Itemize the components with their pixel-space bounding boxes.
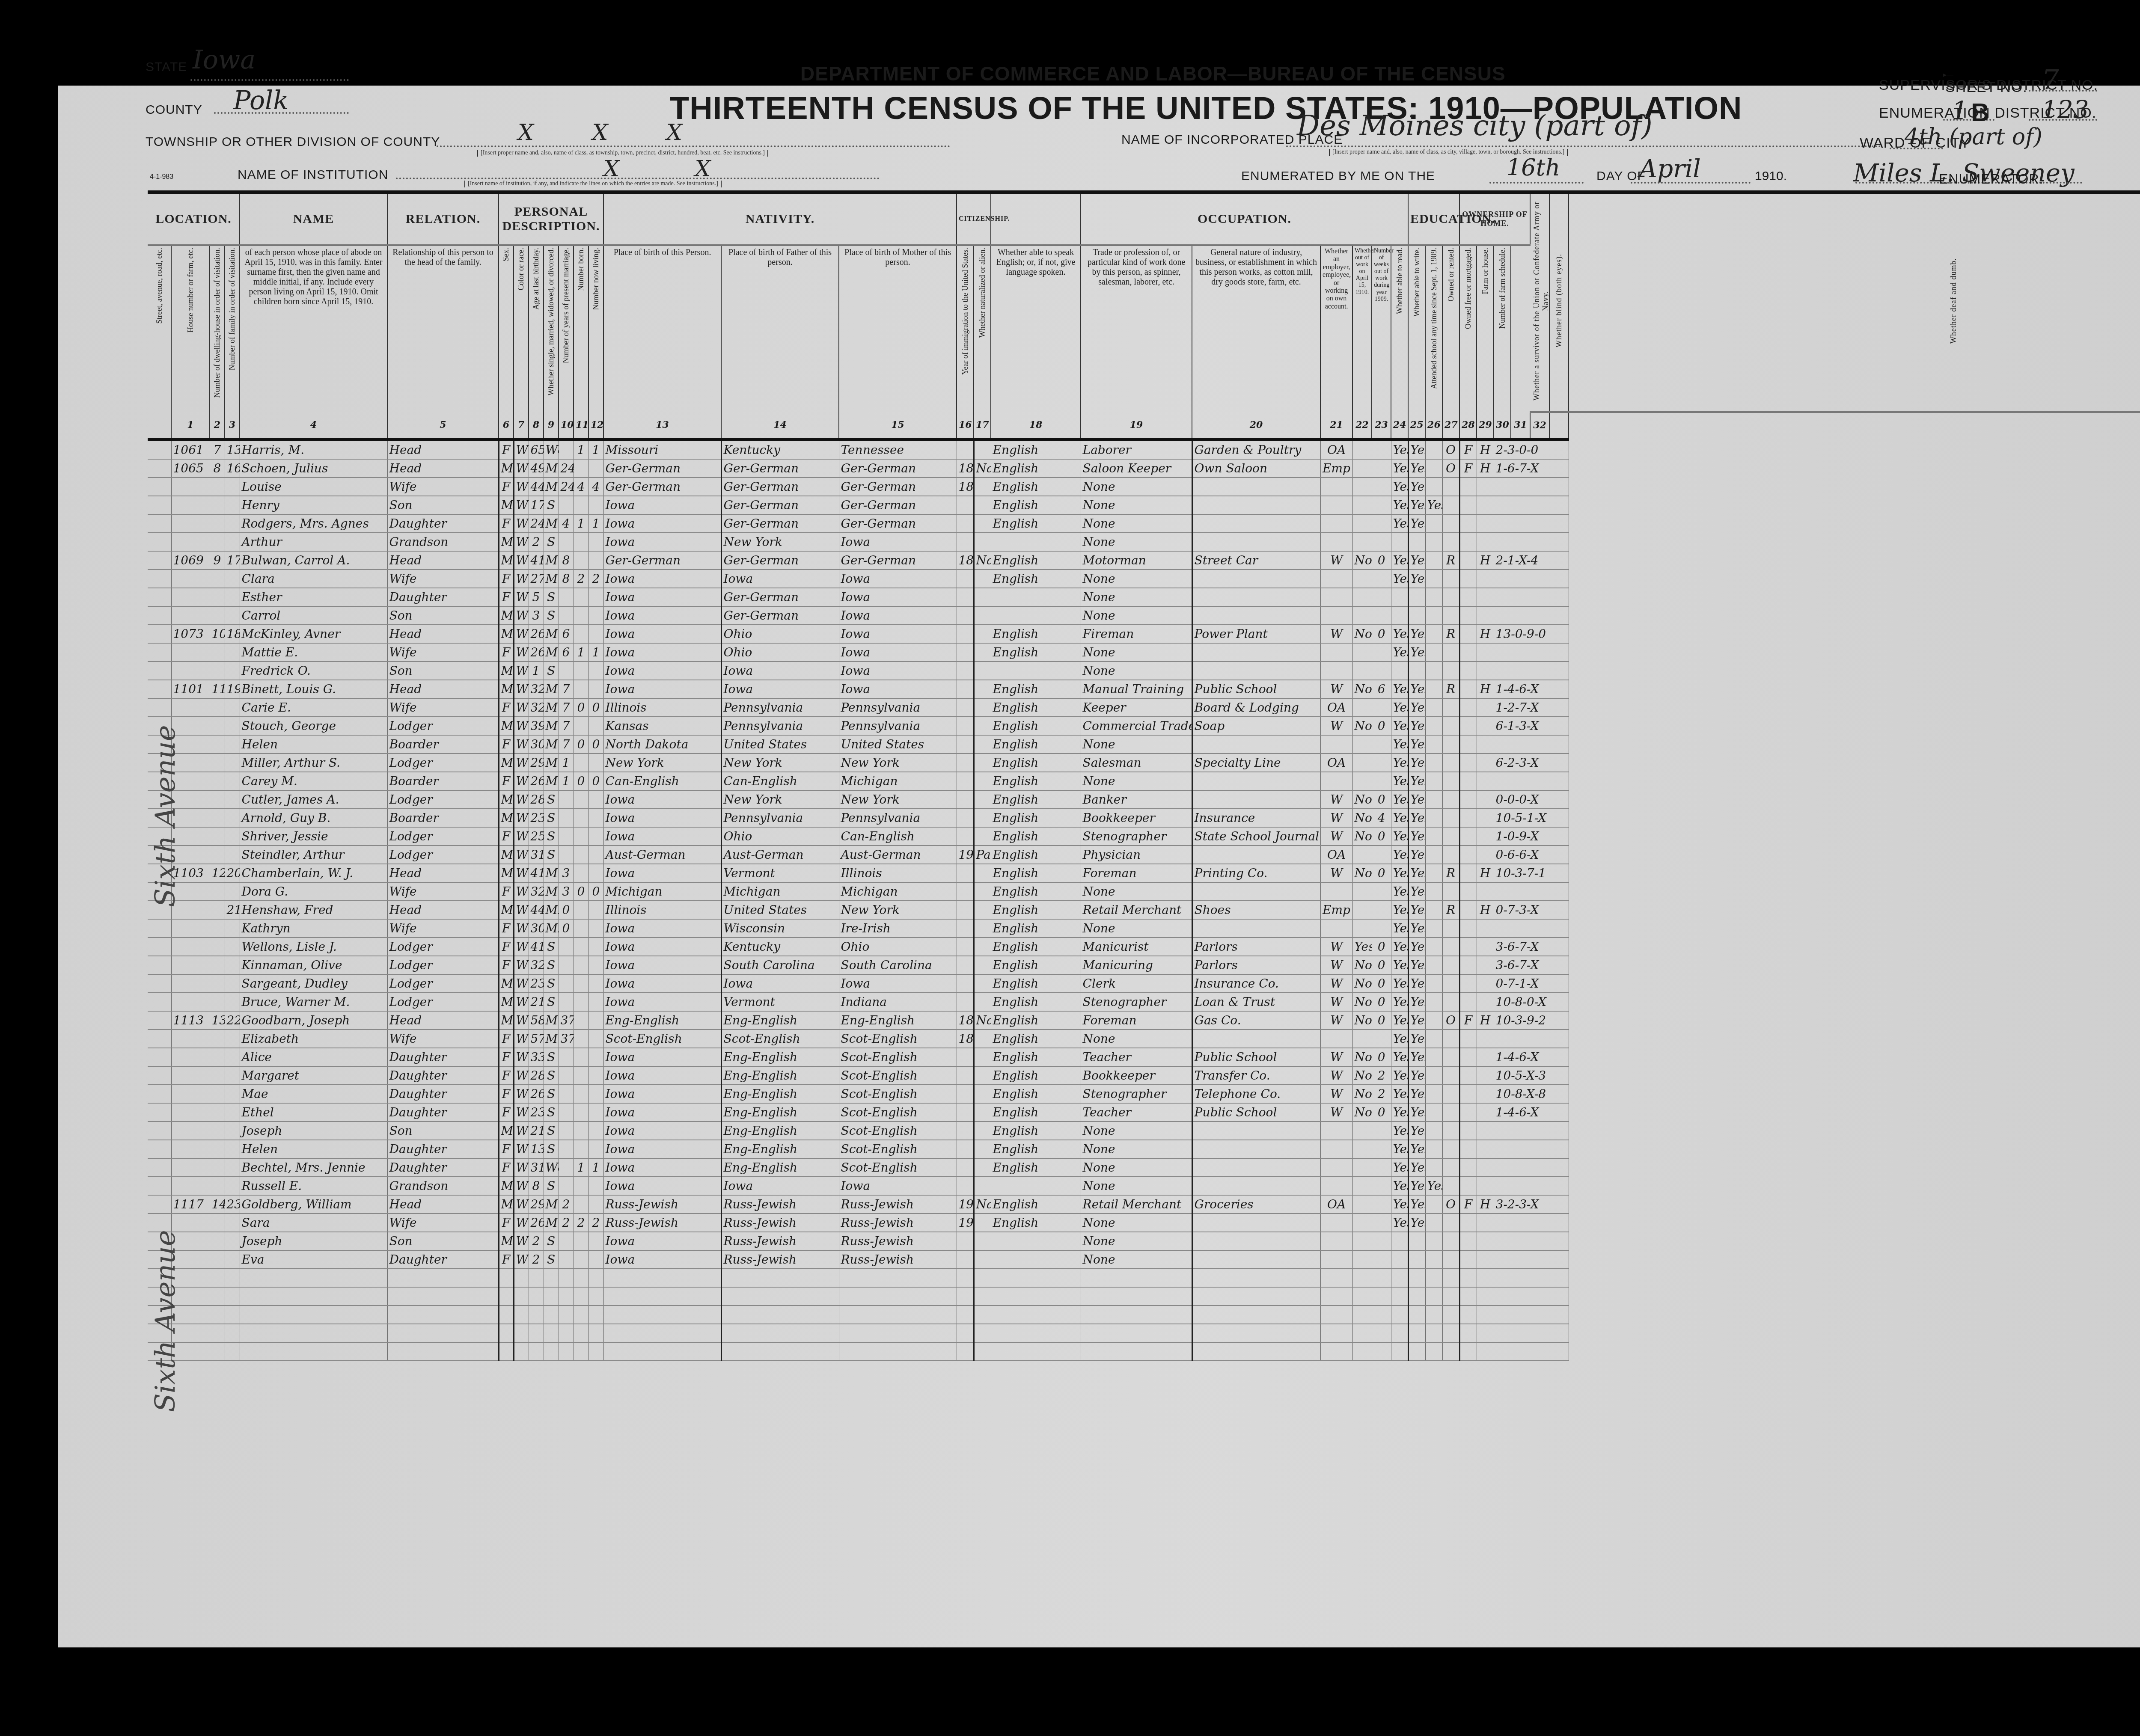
cell-farm <box>1477 754 1494 772</box>
cell-bp <box>603 1342 721 1361</box>
cell-name: Bruce, Warner M. <box>240 993 387 1011</box>
cell-living: 1 <box>588 1158 603 1177</box>
cell-bpf: Ohio <box>721 827 839 846</box>
cell-rel: Head <box>387 1011 499 1030</box>
cell-write: Yes <box>1408 1048 1425 1066</box>
cell-rel: Wife <box>387 643 499 662</box>
cell-born <box>574 956 588 974</box>
header-school: Attended school any time since Sept. 1, … <box>1430 248 1439 389</box>
cell-born <box>574 938 588 956</box>
column-number: 4 <box>240 412 387 439</box>
cell-yi: 1905 <box>957 1214 974 1232</box>
cell-read: Yes <box>1391 1177 1408 1195</box>
cell-age: 26 <box>529 625 544 643</box>
cell-sex: M <box>499 1122 514 1140</box>
cell-lang <box>991 1250 1081 1269</box>
cell-ind: Garden & Poultry <box>1192 439 1320 459</box>
cell-wks: 0 <box>1372 993 1391 1011</box>
cell-ym: 1 <box>559 754 574 772</box>
cell-sched: 10-8-X-8 <box>1494 1085 1569 1103</box>
cell-bp: Iowa <box>603 1232 721 1250</box>
cell-ind <box>1192 1177 1320 1195</box>
cell-sch <box>1425 919 1442 938</box>
cell-wks: 4 <box>1372 809 1391 827</box>
cell-bpf: Pennsylvania <box>721 717 839 735</box>
cell-bp: Iowa <box>603 809 721 827</box>
cell-lang: English <box>991 625 1081 643</box>
cell-bpm: Russ-Jewish <box>839 1250 957 1269</box>
cell-sch <box>1425 551 1442 570</box>
cell-sex: M <box>499 1011 514 1030</box>
cell-color: W <box>514 1011 529 1030</box>
cell-own <box>1442 1048 1459 1066</box>
cell-bpf: New York <box>721 790 839 809</box>
cell-house <box>171 1122 210 1140</box>
cell-living <box>588 901 603 919</box>
cell-name: Goldberg, William <box>240 1195 387 1214</box>
cell-street <box>148 478 171 496</box>
header-dwelling: Number of dwelling-house in order of vis… <box>213 248 222 398</box>
cell-name: Goodbarn, Joseph <box>240 1011 387 1030</box>
cell-read <box>1391 1250 1408 1269</box>
cell-ind <box>1192 919 1320 938</box>
cell-sex: F <box>499 514 514 533</box>
cell-age: 2 <box>529 1250 544 1269</box>
cell-bp: Iowa <box>603 1177 721 1195</box>
cell-name <box>240 1269 387 1287</box>
column-number: 17 <box>974 412 991 439</box>
cell-color <box>514 1306 529 1324</box>
cell-color: W <box>514 662 529 680</box>
cell-sch <box>1425 1269 1442 1287</box>
cell-dw <box>210 956 225 974</box>
cell-fam <box>225 1103 240 1122</box>
cell-sch <box>1425 754 1442 772</box>
cell-emp <box>1320 496 1352 514</box>
cell-oow <box>1352 1250 1372 1269</box>
cell-rel: Boarder <box>387 735 499 754</box>
cell-free <box>1459 956 1477 974</box>
cell-bpm <box>839 1269 957 1287</box>
cell-bpm: Russ-Jewish <box>839 1195 957 1214</box>
cell-living <box>588 1232 603 1250</box>
cell-house <box>171 533 210 551</box>
cell-wks: 0 <box>1372 974 1391 993</box>
cell-ind <box>1192 1269 1320 1287</box>
cell-sex: F <box>499 1048 514 1066</box>
cell-free <box>1459 1030 1477 1048</box>
cell-ind: State School Journal <box>1192 827 1320 846</box>
cell-read: Yes <box>1391 625 1408 643</box>
cell-farm <box>1477 882 1494 901</box>
cell-free <box>1459 717 1477 735</box>
cell-emp <box>1320 1177 1352 1195</box>
table-row: ArthurGrandsonMW2SIowaNew YorkIowaNone <box>148 533 2140 551</box>
cell-born <box>574 1250 588 1269</box>
cell-fam: 13 <box>225 439 240 459</box>
cell-bpf: Kentucky <box>721 439 839 459</box>
cell-born <box>574 625 588 643</box>
cell-oow: No <box>1352 717 1372 735</box>
cell-sch <box>1425 588 1442 606</box>
cell-wks: 0 <box>1372 717 1391 735</box>
cell-wks <box>1372 754 1391 772</box>
cell-farm <box>1477 938 1494 956</box>
cell-bpf: Ger-German <box>721 459 839 478</box>
cell-ind <box>1192 1324 1320 1342</box>
cell-yi <box>957 735 974 754</box>
cell-dw <box>210 1140 225 1158</box>
cell-lang: English <box>991 1011 1081 1030</box>
cell-bp: Iowa <box>603 533 721 551</box>
cell-rel: Wife <box>387 570 499 588</box>
cell-age: 21 <box>529 1122 544 1140</box>
cell-bpf: Ohio <box>721 625 839 643</box>
table-row: JosephSonMW21SIowaEng-EnglishScot-Englis… <box>148 1122 2140 1140</box>
cell-sched: 10-5-1-X <box>1494 809 1569 827</box>
cell-name: Henry <box>240 496 387 514</box>
cell-house <box>171 974 210 993</box>
cell-emp <box>1320 570 1352 588</box>
cell-rel <box>387 1342 499 1361</box>
cell-sch <box>1425 1066 1442 1085</box>
cell-age: 5 <box>529 588 544 606</box>
cell-sched <box>1494 1269 1569 1287</box>
cell-ind <box>1192 496 1320 514</box>
cell-sched: 0-6-6-X <box>1494 846 1569 864</box>
cell-bpf: South Carolina <box>721 956 839 974</box>
cell-emp: OA <box>1320 846 1352 864</box>
cell-lang <box>991 588 1081 606</box>
header-relation-desc: Relationship of this person to the head … <box>387 245 499 412</box>
cell-own <box>1442 1030 1459 1048</box>
cell-color: W <box>514 698 529 717</box>
cell-wks: 0 <box>1372 1103 1391 1122</box>
cell-bp: North Dakota <box>603 735 721 754</box>
cell-write: Yes <box>1408 496 1425 514</box>
cell-emp <box>1320 1250 1352 1269</box>
cell-ind: Loan & Trust <box>1192 993 1320 1011</box>
cell-name: Bechtel, Mrs. Jennie <box>240 1158 387 1177</box>
cell-living <box>588 1103 603 1122</box>
cell-bpm: Iowa <box>839 680 957 698</box>
cell-trade: None <box>1081 533 1192 551</box>
cell-sched <box>1494 1140 1569 1158</box>
cell-name: Dora G. <box>240 882 387 901</box>
cell-house <box>171 1177 210 1195</box>
cell-name: Bulwan, Carrol A. <box>240 551 387 570</box>
cell-read: Yes <box>1391 459 1408 478</box>
cell-oow: No <box>1352 551 1372 570</box>
cell-rel: Wife <box>387 698 499 717</box>
cell-oow <box>1352 754 1372 772</box>
cell-ind: Public School <box>1192 1048 1320 1066</box>
cell-nat <box>974 662 991 680</box>
cell-living <box>588 1306 603 1324</box>
cell-rel: Head <box>387 625 499 643</box>
cell-free <box>1459 790 1477 809</box>
cell-wks <box>1372 1030 1391 1048</box>
cell-fam <box>225 919 240 938</box>
column-number: 20 <box>1192 412 1320 439</box>
cell-dw <box>210 1122 225 1140</box>
cell-ym: 3 <box>559 864 574 882</box>
cell-rel: Daughter <box>387 1158 499 1177</box>
cell-color: W <box>514 772 529 790</box>
cell-bpm: Scot-English <box>839 1066 957 1085</box>
cell-ms <box>544 1269 559 1287</box>
cell-read <box>1391 606 1408 625</box>
cell-bpm: Iowa <box>839 974 957 993</box>
cell-free <box>1459 1250 1477 1269</box>
cell-sched: 13-0-9-0 <box>1494 625 1569 643</box>
column-number <box>1549 412 1569 439</box>
cell-sch <box>1425 1030 1442 1048</box>
cell-emp <box>1320 1122 1352 1140</box>
cell-oow: No <box>1352 1085 1372 1103</box>
cell-fam <box>225 790 240 809</box>
cell-ms: M1 <box>544 772 559 790</box>
cell-born: 0 <box>574 882 588 901</box>
cell-sex: M <box>499 1232 514 1250</box>
cell-read: Yes <box>1391 735 1408 754</box>
cell-farm <box>1477 846 1494 864</box>
column-number: 1 <box>171 412 210 439</box>
cell-living <box>588 974 603 993</box>
cell-street <box>148 1030 171 1048</box>
cell-ind: Board & Lodging <box>1192 698 1320 717</box>
cell-bp: Ger-German <box>603 478 721 496</box>
cell-ind: Parlors <box>1192 956 1320 974</box>
cell-house <box>171 1048 210 1066</box>
table-row: 11131322Goodbarn, JosephHeadMW58M137Eng-… <box>148 1011 2140 1030</box>
cell-sch <box>1425 1048 1442 1066</box>
cell-read <box>1391 1287 1408 1306</box>
cell-ind: Soap <box>1192 717 1320 735</box>
township-underline <box>437 145 950 147</box>
cell-trade: None <box>1081 643 1192 662</box>
cell-nat <box>974 1085 991 1103</box>
cell-bp: Illinois <box>603 698 721 717</box>
cell-sched: 1-2-7-X <box>1494 698 1569 717</box>
cell-trade: None <box>1081 919 1192 938</box>
cell-bp: Iowa <box>603 643 721 662</box>
cell-own <box>1442 514 1459 533</box>
cell-sex <box>499 1306 514 1324</box>
cell-bp: Iowa <box>603 1103 721 1122</box>
cell-trade: None <box>1081 1030 1192 1048</box>
cell-sex <box>499 1324 514 1342</box>
cell-sch <box>1425 459 1442 478</box>
cell-farm: H <box>1477 680 1494 698</box>
cell-ms: M1 <box>544 514 559 533</box>
cell-lang: English <box>991 570 1081 588</box>
cell-fam <box>225 1306 240 1324</box>
cell-ym <box>559 827 574 846</box>
cell-name: Miller, Arthur S. <box>240 754 387 772</box>
cell-sch <box>1425 1306 1442 1324</box>
cell-emp <box>1320 1232 1352 1250</box>
cell-farm <box>1477 1066 1494 1085</box>
cell-lang: English <box>991 1066 1081 1085</box>
cell-sch <box>1425 625 1442 643</box>
cell-yi <box>957 680 974 698</box>
header-deaf: Whether deaf and dumb. <box>1949 258 1958 344</box>
cell-oow <box>1352 459 1372 478</box>
header-birth-mother: Place of birth of Mother of this person. <box>839 245 957 412</box>
cell-fam: 22 <box>225 1011 240 1030</box>
cell-living <box>588 1342 603 1361</box>
cell-free <box>1459 1306 1477 1324</box>
cell-read: Yes <box>1391 496 1408 514</box>
cell-color: W <box>514 974 529 993</box>
cell-street <box>148 1085 171 1103</box>
cell-sch <box>1425 809 1442 827</box>
cell-wks <box>1372 882 1391 901</box>
cell-color: W <box>514 846 529 864</box>
cell-rel: Lodger <box>387 790 499 809</box>
cell-house <box>171 514 210 533</box>
cell-house <box>171 1140 210 1158</box>
cell-fam <box>225 496 240 514</box>
cell-ym: 1 <box>559 772 574 790</box>
cell-wks <box>1372 846 1391 864</box>
cell-own <box>1442 1177 1459 1195</box>
cell-dw <box>210 1342 225 1361</box>
cell-lang: English <box>991 551 1081 570</box>
cell-color: W <box>514 1030 529 1048</box>
cell-street <box>148 496 171 514</box>
year-label: 1910. <box>1755 169 1787 184</box>
cell-farm <box>1477 974 1494 993</box>
cell-oow <box>1352 1177 1372 1195</box>
cell-bpf: Vermont <box>721 864 839 882</box>
cell-wks: 2 <box>1372 1085 1391 1103</box>
cell-yi <box>957 625 974 643</box>
cell-own <box>1442 533 1459 551</box>
cell-sch <box>1425 662 1442 680</box>
cell-sex <box>499 1342 514 1361</box>
header-out-of-work: Whether out of work on April 15, 1910. <box>1352 245 1372 412</box>
cell-lang <box>991 662 1081 680</box>
cell-ind <box>1192 882 1320 901</box>
cell-farm <box>1477 570 1494 588</box>
cell-free <box>1459 1158 1477 1177</box>
column-number: 18 <box>991 412 1081 439</box>
cell-sex: F <box>499 698 514 717</box>
cell-sch <box>1425 514 1442 533</box>
cell-trade: None <box>1081 1158 1192 1177</box>
table-row: Kinnaman, OliveLodgerFW32SIowaSouth Caro… <box>148 956 2140 974</box>
cell-name: Arthur <box>240 533 387 551</box>
cell-bp: Iowa <box>603 662 721 680</box>
cell-own <box>1442 1158 1459 1177</box>
cell-rel: Head <box>387 864 499 882</box>
cell-ind <box>1192 606 1320 625</box>
cell-ms: M1 <box>544 754 559 772</box>
cell-name: Esther <box>240 588 387 606</box>
cell-street <box>148 1066 171 1085</box>
cell-name: Carie E. <box>240 698 387 717</box>
cell-bpm: United States <box>839 735 957 754</box>
cell-color: W <box>514 790 529 809</box>
cell-sch <box>1425 570 1442 588</box>
ed-underline <box>2029 119 2097 121</box>
cell-living: 1 <box>588 439 603 459</box>
cell-street <box>148 625 171 643</box>
cell-wks <box>1372 698 1391 717</box>
cell-read: Yes <box>1391 919 1408 938</box>
cell-own <box>1442 735 1459 754</box>
table-row: Sargeant, DudleyLodgerMW23SIowaIowaIowaE… <box>148 974 2140 993</box>
column-number: 12 <box>588 412 603 439</box>
cell-yi <box>957 1158 974 1177</box>
cell-bpm: Ger-German <box>839 551 957 570</box>
cell-age: 41 <box>529 938 544 956</box>
cell-name: Helen <box>240 735 387 754</box>
cell-living <box>588 1250 603 1269</box>
cell-bpm: Iowa <box>839 643 957 662</box>
cell-ms: S <box>544 790 559 809</box>
cell-bp: Illinois <box>603 901 721 919</box>
cell-nat <box>974 1306 991 1324</box>
cell-wks <box>1372 514 1391 533</box>
cell-born <box>574 1232 588 1250</box>
cell-age: 31 <box>529 1158 544 1177</box>
cell-bp: Ger-German <box>603 459 721 478</box>
cell-oow <box>1352 1214 1372 1232</box>
header-sex: Sex. <box>502 248 511 261</box>
table-row: 1069917Bulwan, Carrol A.HeadMW41M18Ger-G… <box>148 551 2140 570</box>
cell-free: F <box>1459 1195 1477 1214</box>
cell-nat <box>974 864 991 882</box>
cell-own <box>1442 882 1459 901</box>
cell-color: W <box>514 1195 529 1214</box>
cell-free <box>1459 1085 1477 1103</box>
table-row: 11011119Binett, Louis G.HeadMW32M17IowaI… <box>148 680 2140 698</box>
cell-house <box>171 1066 210 1085</box>
cell-oow: No <box>1352 1103 1372 1122</box>
cell-free <box>1459 772 1477 790</box>
column-number-row: 1234567891011121314151617181920212223242… <box>148 412 2140 439</box>
cell-free <box>1459 1048 1477 1066</box>
cell-sex <box>499 1269 514 1287</box>
cell-rel: Wife <box>387 1214 499 1232</box>
cell-trade: None <box>1081 772 1192 790</box>
cell-lang: English <box>991 459 1081 478</box>
cell-name: Rodgers, Mrs. Agnes <box>240 514 387 533</box>
cell-name: Kinnaman, Olive <box>240 956 387 974</box>
cell-born <box>574 662 588 680</box>
cell-rel: Daughter <box>387 514 499 533</box>
cell-street <box>148 533 171 551</box>
cell-write <box>1408 1324 1425 1342</box>
cell-sched <box>1494 514 1569 533</box>
cell-dw <box>210 1103 225 1122</box>
cell-farm <box>1477 809 1494 827</box>
cell-bpf <box>721 1324 839 1342</box>
cell-sched <box>1494 735 1569 754</box>
cell-fam <box>225 1140 240 1158</box>
cell-ym <box>559 439 574 459</box>
cell-age: 21 <box>529 993 544 1011</box>
county-label: COUNTY <box>146 103 202 117</box>
cell-wks <box>1372 1287 1391 1306</box>
cell-bp: Iowa <box>603 993 721 1011</box>
cell-sched <box>1494 1177 1569 1195</box>
cell-ym <box>559 1342 574 1361</box>
cell-living <box>588 1195 603 1214</box>
